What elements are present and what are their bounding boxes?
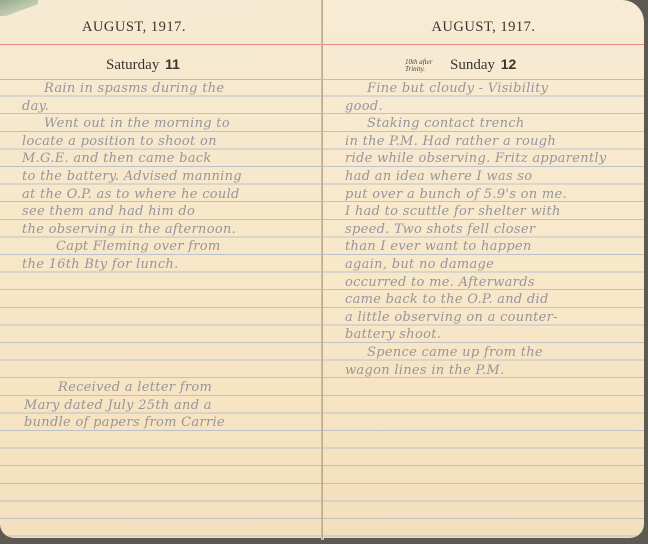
entry-line: I had to scuttle for shelter with: [345, 203, 607, 221]
entry-line: day.: [22, 98, 242, 116]
header-red-rule: [0, 44, 322, 45]
entry-line: wagon lines in the P.M.: [345, 362, 607, 380]
entry-line: Went out in the morning to: [22, 115, 242, 133]
header-red-rule: [323, 44, 644, 45]
entry-line: at the O.P. as to where he could: [22, 186, 242, 204]
entry-line: locate a position to shoot on: [22, 133, 242, 151]
left-page: AUGUST, 1917. Saturday 11 Rain in spasms…: [0, 0, 322, 538]
entry-line: Rain in spasms during the: [22, 80, 242, 98]
entry-line: the 16th Bty for lunch.: [22, 256, 242, 274]
entry-line: Received a letter from: [24, 379, 225, 397]
entry-line: again, but no damage: [345, 256, 607, 274]
entry-line: speed. Two shots fell closer: [345, 221, 607, 239]
day-heading: Sunday 12: [450, 56, 516, 74]
entry-line: in the P.M. Had rather a rough: [345, 133, 607, 151]
liturgical-note-line: Trinity.: [405, 66, 432, 73]
handwritten-entry: Received a letter from Mary dated July 2…: [24, 379, 225, 432]
liturgical-note: 10th after Trinity.: [405, 59, 432, 73]
diary-spread: AUGUST, 1917. Saturday 11 Rain in spasms…: [0, 0, 648, 544]
entry-line: Capt Fleming over from: [22, 238, 242, 256]
entry-line: than I ever want to happen: [345, 238, 607, 256]
entry-line: bundle of papers from Carrie: [24, 414, 225, 432]
day-name: Sunday: [450, 57, 495, 73]
entry-line: ride while observing. Fritz apparently: [345, 150, 607, 168]
entry-line: Spence came up from the: [345, 344, 607, 362]
entry-line: see them and had him do: [22, 203, 242, 221]
day-heading: Saturday 11: [106, 56, 180, 74]
entry-line: a little observing on a counter-: [345, 309, 607, 327]
handwritten-entry: Rain in spasms during the day. Went out …: [22, 80, 242, 274]
entry-line: put over a bunch of 5.9's on me.: [345, 186, 607, 204]
handwritten-entry: Fine but cloudy - Visibility good. Staki…: [345, 80, 607, 379]
entry-line: the observing in the afternoon.: [22, 221, 242, 239]
month-header: AUGUST, 1917.: [0, 19, 320, 36]
entry-line: occurred to me. Afterwards: [345, 274, 607, 292]
right-page: AUGUST, 1917. 10th after Trinity. Sunday…: [323, 0, 644, 538]
entry-line: good.: [345, 98, 607, 116]
entry-line: battery shoot.: [345, 326, 607, 344]
cover-corner: [0, 0, 38, 16]
entry-line: to the battery. Advised manning: [22, 168, 242, 186]
entry-line: Fine but cloudy - Visibility: [345, 80, 607, 98]
month-header: AUGUST, 1917.: [323, 19, 644, 36]
entry-line: had an idea where I was so: [345, 168, 607, 186]
entry-line: came back to the O.P. and did: [345, 291, 607, 309]
day-name: Saturday: [106, 57, 159, 73]
entry-line: Mary dated July 25th and a: [24, 397, 225, 415]
entry-line: Staking contact trench: [345, 115, 607, 133]
day-number: 12: [501, 56, 517, 72]
day-number: 11: [165, 56, 180, 72]
entry-line: M.G.E. and then came back: [22, 150, 242, 168]
